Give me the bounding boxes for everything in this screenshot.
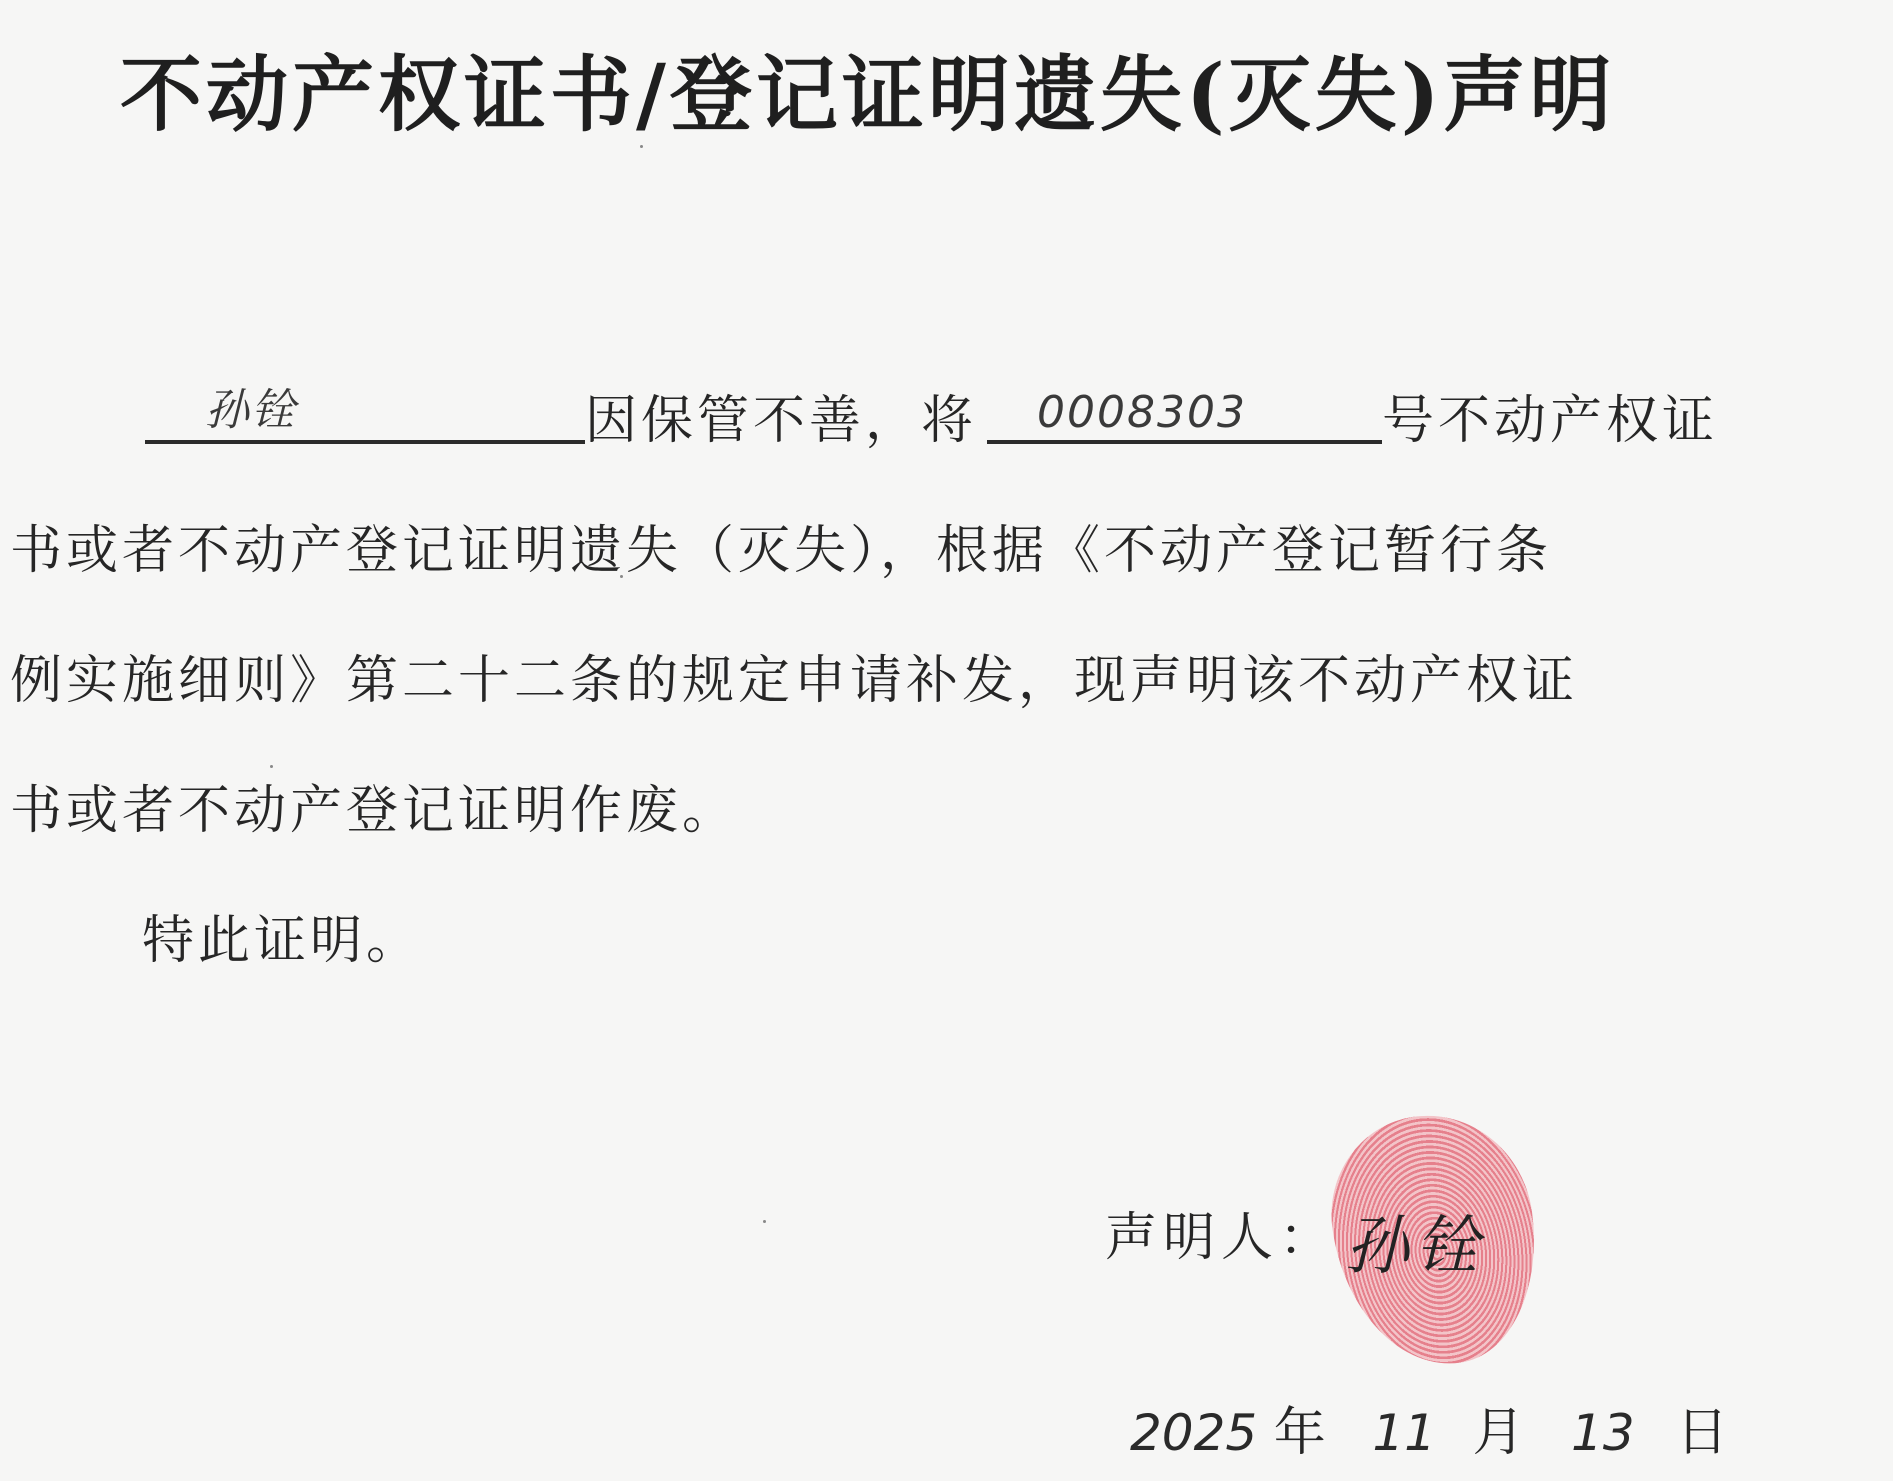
text-after-number: 号不动产权证 bbox=[1382, 391, 1718, 451]
handwritten-name: 孙铨 bbox=[205, 374, 645, 438]
body-line-4: 书或者不动产登记证明作废。 bbox=[10, 768, 738, 843]
closing-statement: 特此证明。 bbox=[142, 898, 422, 973]
body-line-2: 书或者不动产登记证明遗失（灭失），根据《不动产登记暂行条 bbox=[10, 508, 1552, 583]
body-line-3: 例实施细则》第二十二条的规定申请补发，现声明该不动产权证 bbox=[10, 638, 1578, 713]
scan-speck bbox=[640, 145, 643, 148]
handwritten-cert-number: 0008303 bbox=[1037, 387, 1432, 438]
date-day: 13 bbox=[1571, 1404, 1635, 1462]
name-blank: 孙铨 bbox=[145, 386, 585, 444]
date-year-unit: 年 bbox=[1274, 1403, 1326, 1463]
date-month: 11 bbox=[1372, 1404, 1436, 1462]
date-day-unit: 日 bbox=[1676, 1403, 1728, 1463]
date-line: 2025 年 11 月 13 日 bbox=[1130, 1390, 1728, 1465]
cert-number-blank: 0008303 bbox=[987, 386, 1382, 444]
date-year: 2025 bbox=[1130, 1404, 1257, 1462]
body-line-1: 孙铨 因保管不善，将 0008303 号不动产权证 bbox=[145, 378, 1718, 453]
handwritten-signature: 孙铨 bbox=[1345, 1195, 1485, 1287]
scan-speck bbox=[620, 575, 623, 578]
date-month-unit: 月 bbox=[1472, 1403, 1524, 1463]
document-title: 不动产权证书/登记证明遗失(灭失)声明 bbox=[120, 30, 1780, 147]
scan-speck bbox=[763, 1220, 766, 1223]
scan-speck bbox=[270, 765, 273, 768]
declarant-label: 声明人： bbox=[1105, 1195, 1337, 1270]
